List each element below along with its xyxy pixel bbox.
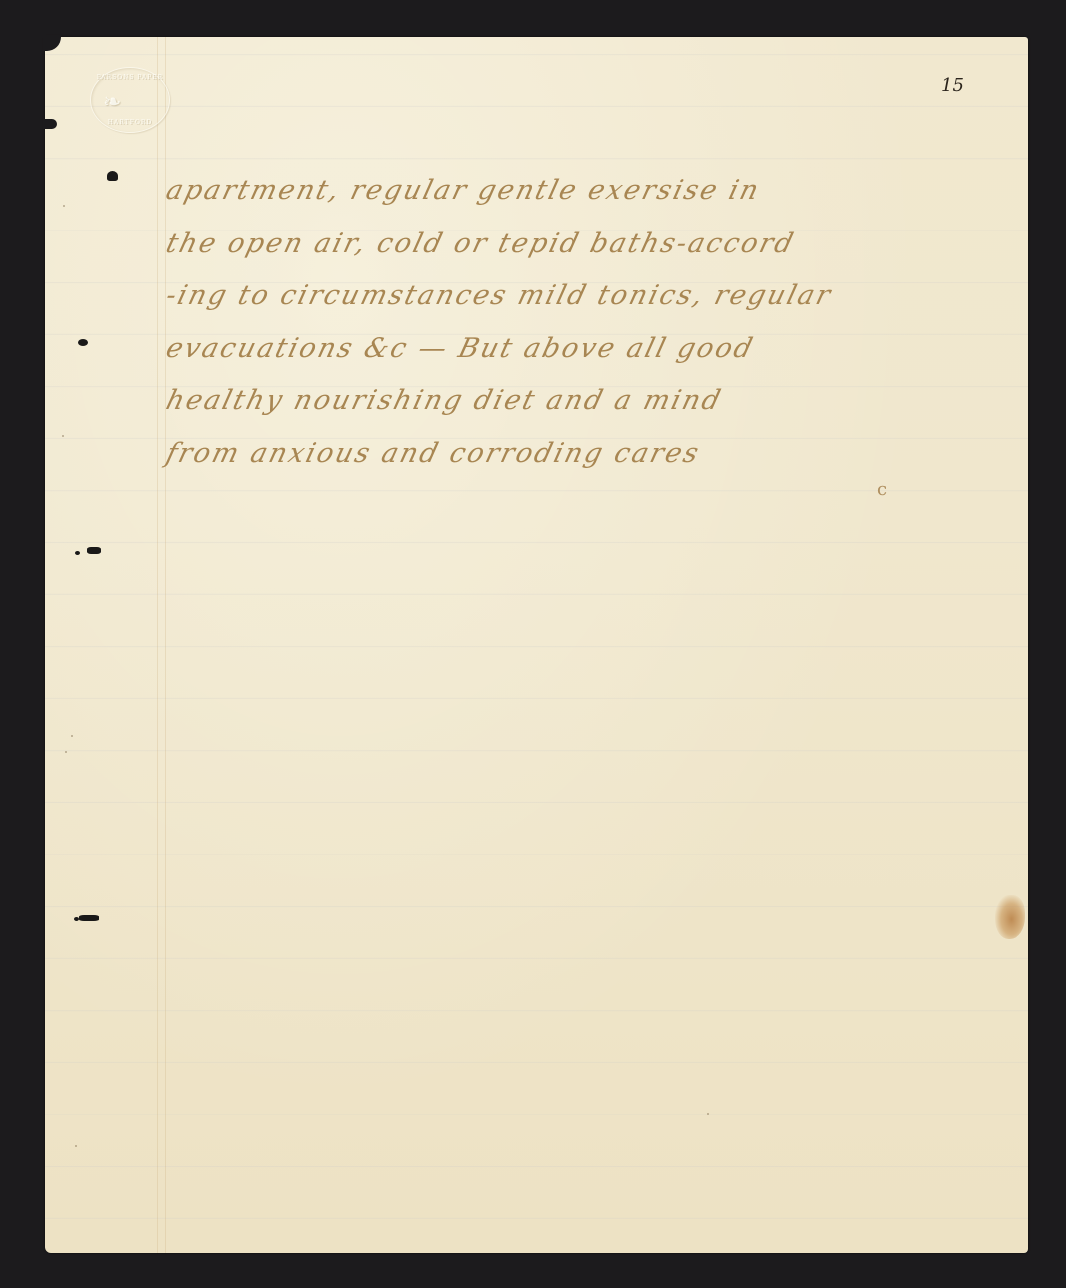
paper-speck [75, 1145, 77, 1147]
text-line: the open air, cold or tepid baths-accord [160, 218, 963, 271]
water-stain [995, 895, 1025, 939]
text-line: apartment, regular gentle exersise in [160, 165, 963, 218]
text-line: from anxious and corroding cares [160, 428, 963, 481]
page-number: 15 [941, 75, 964, 96]
stamp-bottom-text: HARTFORD [91, 119, 169, 126]
punch-hole [78, 339, 88, 346]
paper-speck [707, 1113, 709, 1115]
end-flourish: c [877, 479, 887, 500]
punch-hole [107, 171, 118, 181]
margin-line [157, 37, 158, 1253]
embossed-stamp: PARSONS PAPER ❧ HARTFORD [90, 67, 170, 133]
scan-background: PARSONS PAPER ❧ HARTFORD 15 apartment, r… [0, 0, 1066, 1288]
punch-hole [79, 915, 99, 921]
paper-speck [63, 205, 65, 207]
punch-hole [87, 547, 101, 554]
punch-hole [75, 551, 80, 555]
stamp-top-text: PARSONS PAPER [91, 74, 169, 81]
manuscript-page: PARSONS PAPER ❧ HARTFORD 15 apartment, r… [45, 37, 1028, 1253]
text-line: healthy nourishing diet and a mind [160, 375, 963, 428]
bird-emblem-icon: ❧ [103, 90, 121, 115]
torn-corner [43, 35, 61, 51]
punch-hole [74, 917, 79, 921]
paper-speck [65, 751, 67, 753]
paper-speck [71, 735, 73, 737]
text-line: evacuations &c — But above all good [160, 323, 963, 376]
text-line: -ing to circumstances mild tonics, regul… [160, 270, 963, 323]
torn-edge-notch [43, 119, 57, 129]
handwritten-text: apartment, regular gentle exersise in th… [160, 165, 950, 480]
paper-speck [62, 435, 64, 437]
